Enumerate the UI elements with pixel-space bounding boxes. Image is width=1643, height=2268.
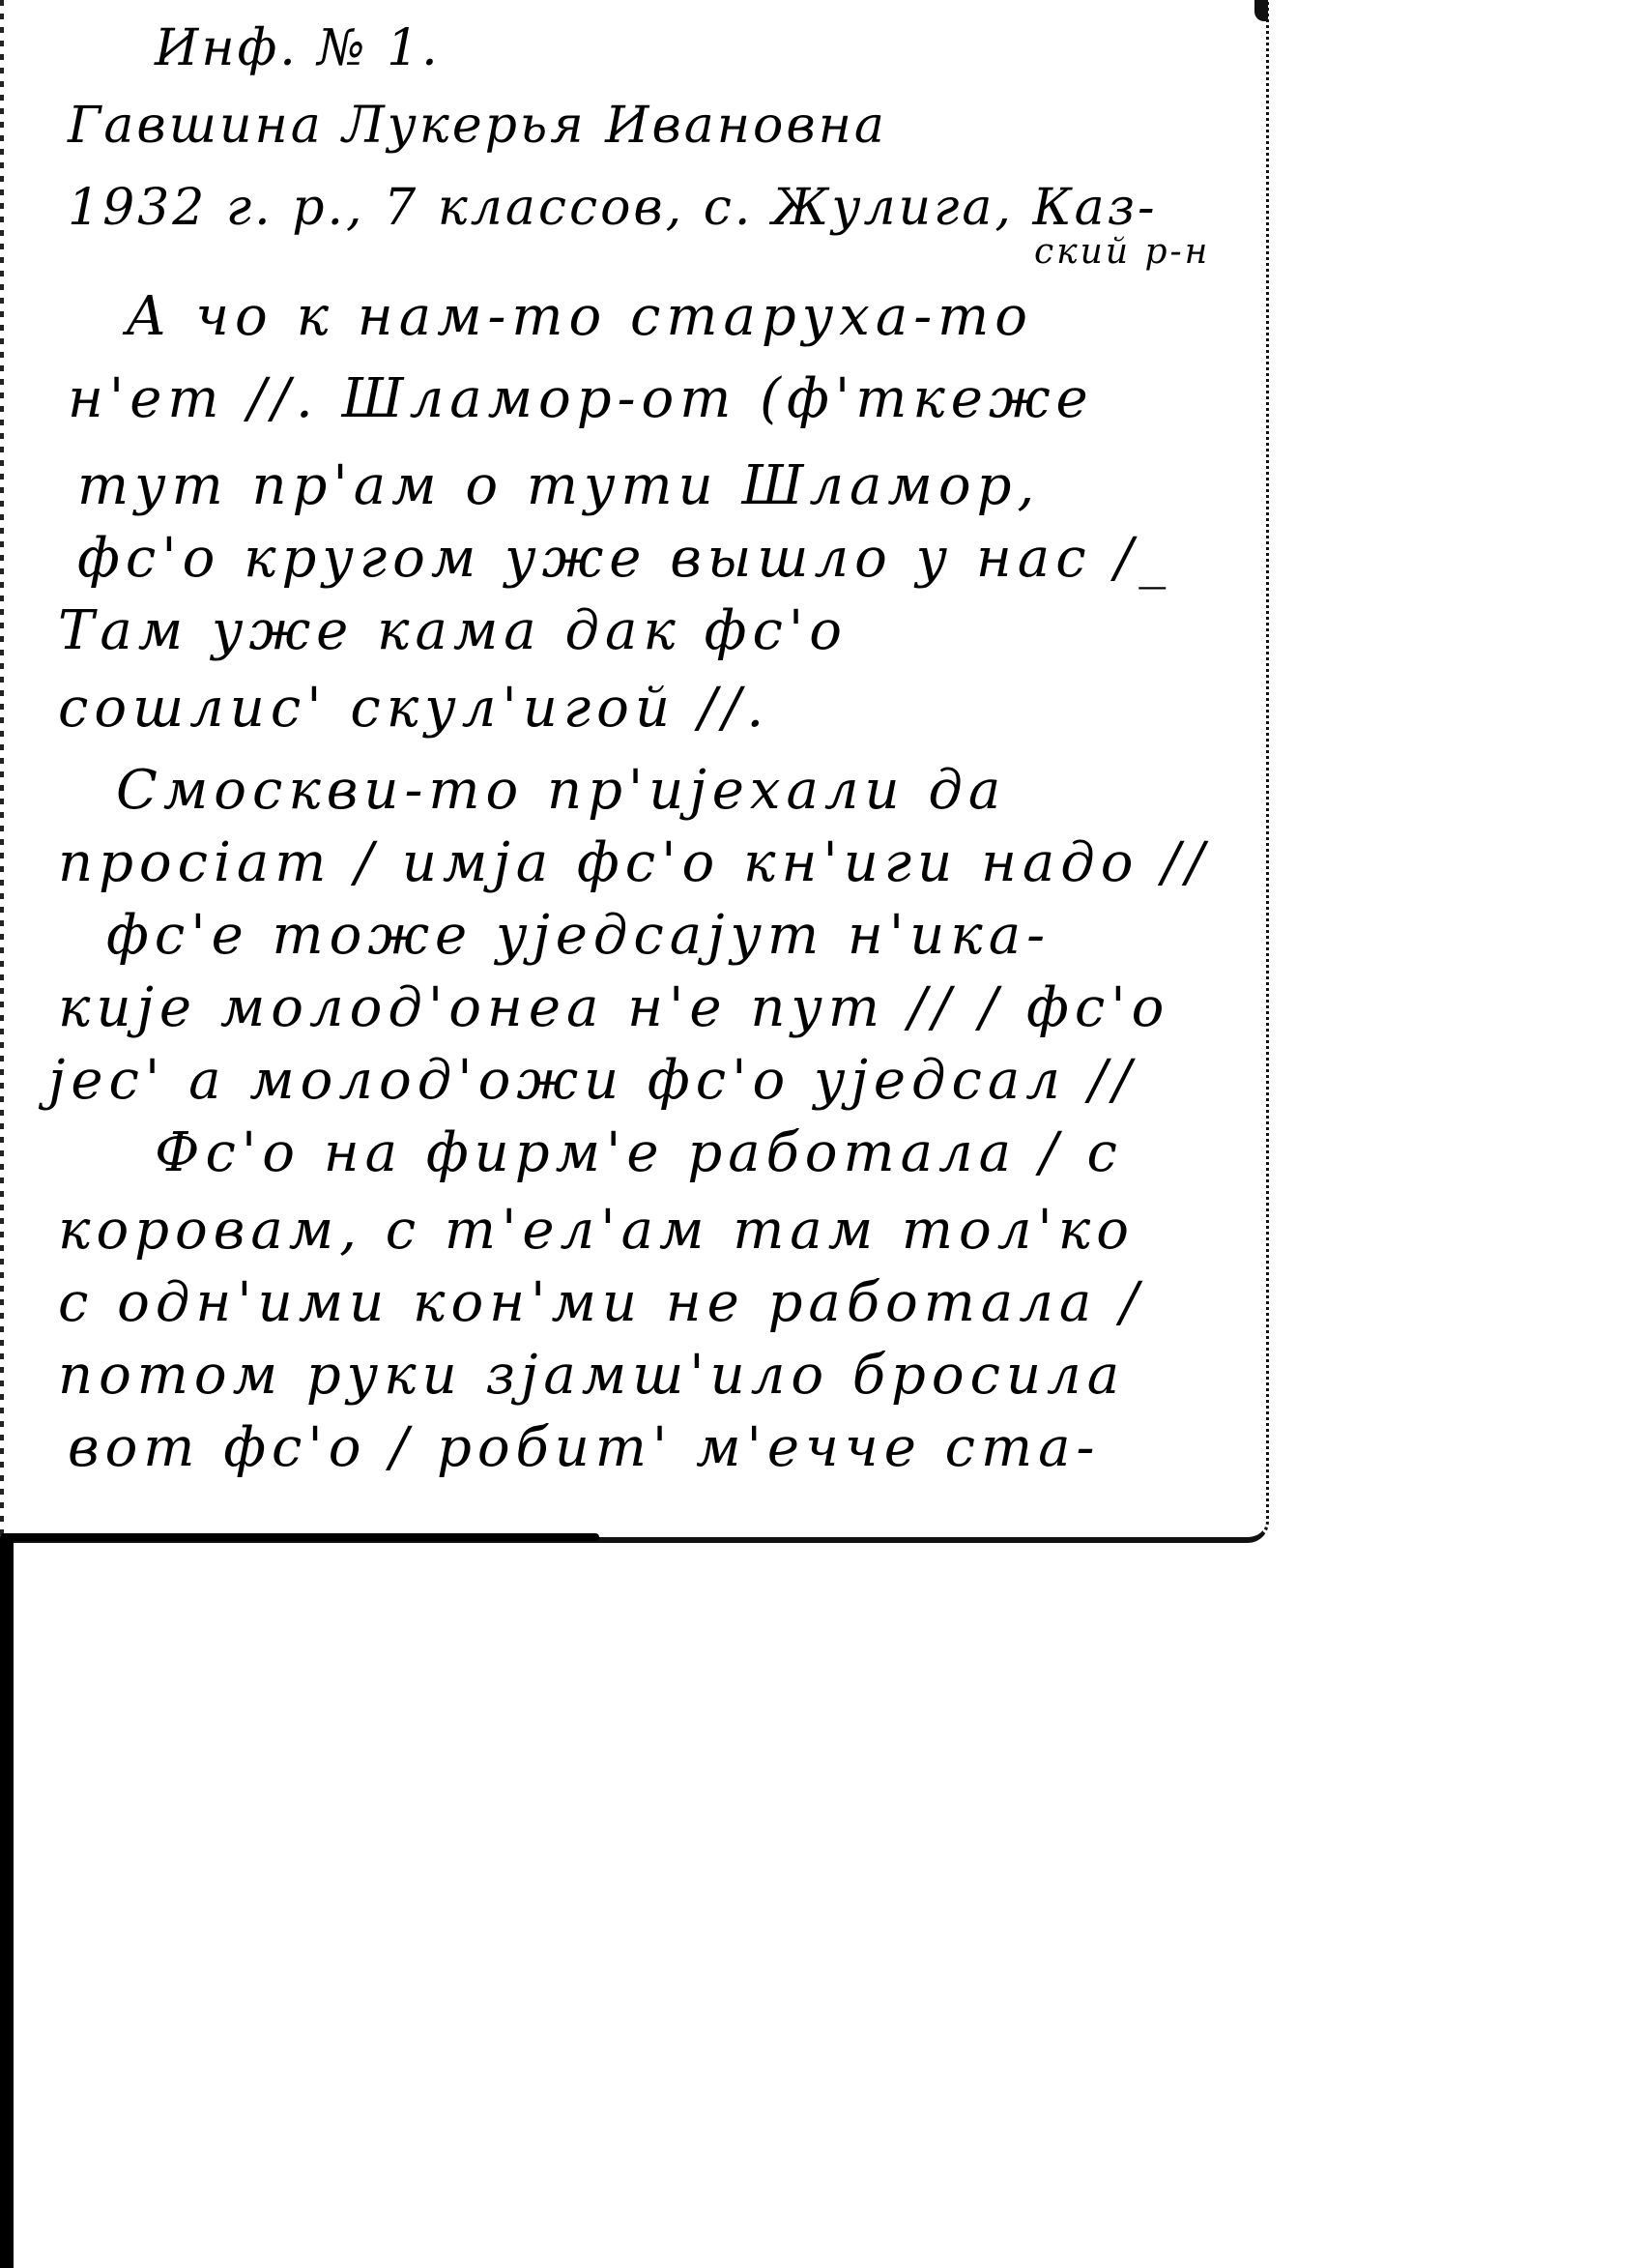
card-corner-mark	[1254, 0, 1268, 21]
scanned-page: Инф. № 1. Гавшина Лукерья Ивановна 1932 …	[0, 0, 1643, 2268]
informant-details-continuation: ский р-н	[1034, 232, 1210, 272]
text-line: вот фс'о / робит' м'ечче ста-	[68, 1416, 1100, 1479]
text-line: сошлис' скул'игой //.	[58, 677, 769, 740]
text-line: јес' а молод'ожи фс'о уједсал //	[48, 1049, 1137, 1112]
text-line: Там уже кама дак фс'о	[58, 599, 848, 662]
page-spine	[0, 1537, 14, 2268]
index-card: Инф. № 1. Гавшина Лукерья Ивановна 1932 …	[0, 0, 1269, 1543]
text-line: потом руки зјамш'ило бросила	[58, 1344, 1125, 1407]
informant-number: Инф. № 1.	[155, 19, 441, 77]
text-line: тут пр'ам о тути Шламор,	[77, 454, 1040, 517]
card-bottom-edge-shadow	[0, 1533, 599, 1541]
text-line: н'ет //. Шламор-от (ф'ткеже	[68, 367, 1094, 430]
text-line: фс'е тоже уједсајут н'ика-	[106, 904, 1051, 967]
informant-details: 1932 г. р., 7 классов, с. Жулига, Каз-	[68, 179, 1158, 237]
text-line: просіат / имја фс'о кн'иги надо //	[58, 831, 1210, 894]
text-line: фс'о кругом уже вышло у нас /_	[77, 527, 1171, 590]
text-line: с одн'ими кон'ми не работала /	[58, 1271, 1144, 1334]
card-left-edge	[0, 0, 4, 1537]
text-line: коровам, с т'ел'ам там тол'ко	[58, 1199, 1135, 1262]
text-line: Смоскви-то пр'ијехали да	[116, 759, 1006, 822]
text-line: А чо к нам-то старуха-то	[126, 285, 1033, 348]
text-line: кије молод'онеа н'е пут // / фс'о	[58, 976, 1169, 1039]
text-line: Фс'о на фирм'е работала / с	[155, 1121, 1123, 1184]
informant-name: Гавшина Лукерья Ивановна	[68, 97, 887, 155]
